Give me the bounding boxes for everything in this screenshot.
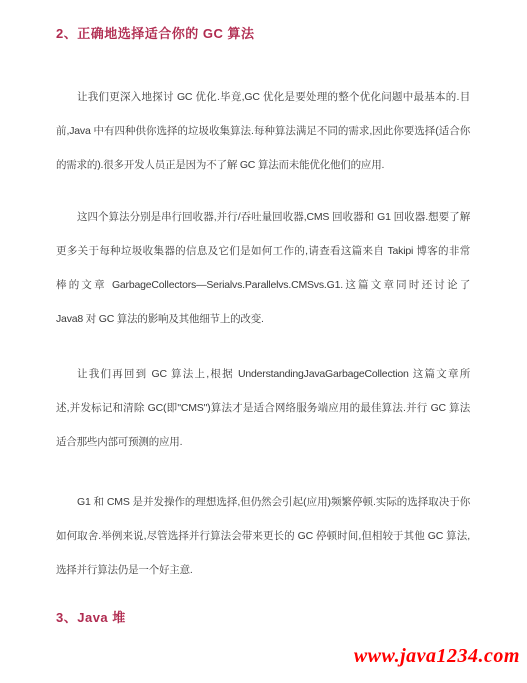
paragraph-gc-intro: 让我们更深入地探讨 GC 优化.毕竟,GC 优化是要处理的整个优化问题中最基本的… (56, 80, 470, 182)
text-line: 这四个算法分别是串行回收器,并行/吞吐量回收器,CMS 回收器和 G1 回收器.… (56, 200, 470, 234)
text-line: 适合那些内部可预测的应用. (56, 425, 470, 459)
section-heading-gc-algorithm: 2、正确地选择适合你的 GC 算法 (56, 26, 254, 42)
text-line: Java8 对 GC 算法的影响及其他细节上的改变. (56, 302, 470, 336)
text-line: 选择并行算法仍是一个好主意. (56, 553, 470, 587)
text-line: 述,并发标记和清除 GC(即"CMS")算法才是适合网络服务端应用的最佳算法.并… (56, 391, 470, 425)
text-line: 让我们再回到 GC 算法上,根据 UnderstandingJavaGarbag… (56, 357, 470, 391)
text-line: 让我们更深入地探讨 GC 优化.毕竟,GC 优化是要处理的整个优化问题中最基本的… (56, 80, 470, 114)
paragraph-gc-cms-choice: 让我们再回到 GC 算法上,根据 UnderstandingJavaGarbag… (56, 357, 470, 459)
document-page: 2、正确地选择适合你的 GC 算法 让我们更深入地探讨 GC 优化.毕竟,GC … (0, 0, 527, 683)
text-line: 更多关于每种垃圾收集器的信息及它们是如何工作的,请查看这篇来自 Takipi 博… (56, 234, 470, 268)
text-line: 的需求的).很多开发人员正是因为不了解 GC 算法而未能优化他们的应用. (56, 148, 470, 182)
text-line: G1 和 CMS 是并发操作的理想选择,但仍然会引起(应用)频繁停顿.实际的选择… (56, 485, 470, 519)
section-heading-java-heap: 3、Java 堆 (56, 610, 126, 626)
watermark-url: www.java1234.com (354, 645, 520, 668)
text-line: 棒的文章 GarbageCollectors—Serialvs.Parallel… (56, 268, 470, 302)
text-line: 前,Java 中有四种供你选择的垃圾收集算法.每种算法满足不同的需求,因此你要选… (56, 114, 470, 148)
text-line: 如何取舍.举例来说,尽管选择并行算法会带来更长的 GC 停顿时间,但相较于其他 … (56, 519, 470, 553)
paragraph-gc-collectors: 这四个算法分别是串行回收器,并行/吞吐量回收器,CMS 回收器和 G1 回收器.… (56, 200, 470, 336)
paragraph-gc-tradeoff: G1 和 CMS 是并发操作的理想选择,但仍然会引起(应用)频繁停顿.实际的选择… (56, 485, 470, 587)
